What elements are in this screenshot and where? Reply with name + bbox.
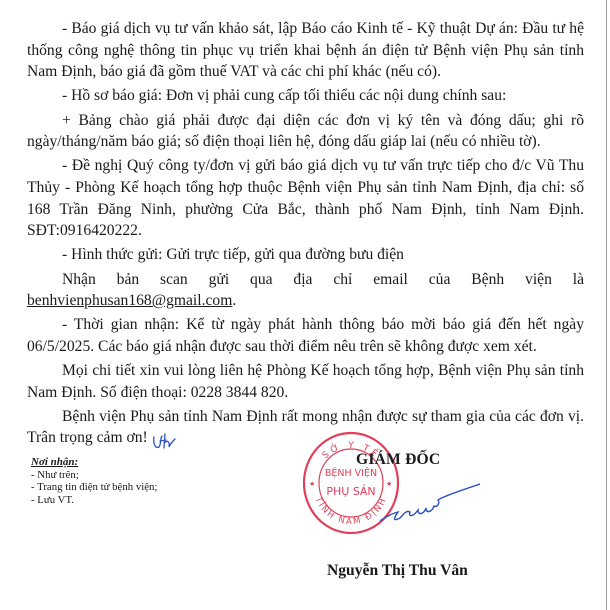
recipients-block: Nơi nhận: - Như trên; - Trang tin điện t… [31, 456, 157, 506]
page-edge-divider [606, 0, 607, 610]
text-line: benhvienphusan168@gmail.com. [27, 290, 584, 312]
text-line: + Bảng chào giá phải được đại diện các đ… [27, 110, 584, 132]
paragraph-scan-email: Nhận bản scan gửi qua địa chỉ email của … [27, 269, 584, 312]
document-page: - Báo giá dịch vụ tư vấn khảo sát, lập B… [0, 0, 610, 610]
text-line: Nhận bản scan gửi qua địa chỉ email của … [27, 269, 584, 291]
recipient-item: - Như trên; [31, 469, 157, 482]
text-line: - Thời gian nhận: Kể từ ngày phát hành t… [27, 314, 584, 336]
initials-scribble-icon [151, 431, 177, 453]
text-line: - Hình thức gửi: Gửi trực tiếp, gửi qua … [27, 244, 584, 266]
text-line: ngày/tháng/năm báo giá; số điện thoại li… [27, 131, 584, 153]
text-line: - Hồ sơ báo giá: Đơn vị phải cung cấp tố… [27, 85, 584, 107]
text-line: Thủy - Phòng Kế hoạch tổng hợp thuộc Bện… [27, 177, 584, 199]
text-line: - Đề nghị Quý công ty/đơn vị gửi báo giá… [27, 155, 584, 177]
paragraph-submission-method: - Hình thức gửi: Gửi trực tiếp, gửi qua … [27, 244, 584, 266]
paragraph-quote-scope: - Báo giá dịch vụ tư vấn khảo sát, lập B… [27, 18, 584, 83]
text-line: Nam Định, báo giá đã gồm thuế VAT và các… [27, 61, 584, 83]
text-line: thống công nghệ thông tin phục vụ triển … [27, 40, 584, 62]
svg-text:PHỤ SẢN: PHỤ SẢN [326, 484, 375, 498]
svg-text:TỈNH NAM ĐỊNH: TỈNH NAM ĐỊNH [312, 495, 389, 528]
email-link[interactable]: benhvienphusan168@gmail.com [27, 292, 232, 309]
text-line: - Báo giá dịch vụ tư vấn khảo sát, lập B… [27, 18, 584, 40]
handwritten-signature-icon [380, 462, 480, 532]
recipient-item: - Trang tin điện tử bệnh viện; [31, 481, 157, 494]
email-suffix: . [232, 292, 236, 309]
document-body: - Báo giá dịch vụ tư vấn khảo sát, lập B… [27, 18, 584, 452]
text-line: Nam Định. Số điện thoại: 0228 3844 820. [27, 382, 584, 404]
svg-text:★: ★ [309, 480, 315, 488]
paragraph-dossier-item: + Bảng chào giá phải được đại diện các đ… [27, 110, 584, 153]
text-line: Bệnh viện Phụ sản tỉnh Nam Định rất mong… [27, 406, 584, 428]
paragraph-contact-request: - Đề nghị Quý công ty/đơn vị gửi báo giá… [27, 155, 584, 241]
paragraph-details-contact: Mọi chi tiết xin vui lòng liên hệ Phòng … [27, 360, 584, 403]
paragraph-dossier: - Hồ sơ báo giá: Đơn vị phải cung cấp tố… [27, 85, 584, 107]
text-line: 168 Trần Đăng Ninh, phường Cửa Bắc, thàn… [27, 199, 584, 221]
recipient-item: - Lưu VT. [31, 494, 157, 507]
text-line: 06/5/2025. Các báo giá nhận được sau thờ… [27, 336, 584, 358]
recipients-title: Nơi nhận: [31, 456, 157, 469]
paragraph-deadline: - Thời gian nhận: Kể từ ngày phát hành t… [27, 314, 584, 357]
text-line: SĐT:0916420222. [27, 220, 584, 242]
signer-name: Nguyễn Thị Thu Vân [327, 562, 468, 580]
text-line: Mọi chi tiết xin vui lòng liên hệ Phòng … [27, 360, 584, 382]
